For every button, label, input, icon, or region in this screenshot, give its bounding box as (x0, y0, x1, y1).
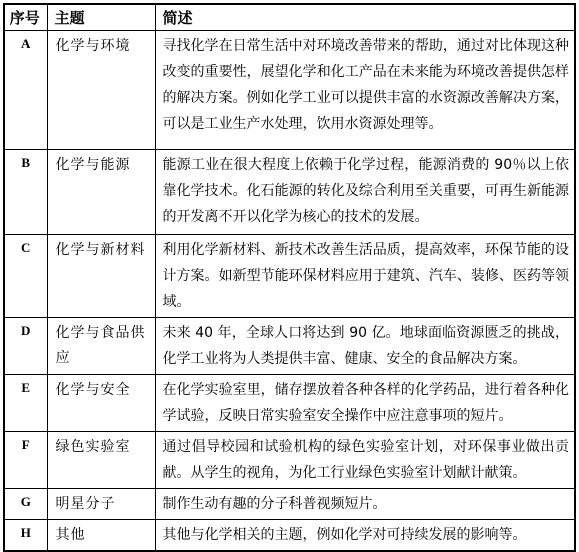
row-desc: 寻找化学在日常生活中对环境改善带来的帮助，通过对比体现这种改变的重要性，展望化学… (155, 31, 575, 150)
table-row: H 其他 其他与化学相关的主题，例如化学对可持续发展的影响等。 (4, 520, 575, 552)
row-theme: 化学与新材料 (47, 235, 155, 318)
table-row: B 化学与能源 能源工业在很大程度上依赖于化学过程，能源消费的 90％以上依靠化… (4, 150, 575, 235)
row-theme: 绿色实验室 (47, 432, 155, 489)
row-theme: 明星分子 (47, 489, 155, 520)
row-id: B (4, 150, 47, 235)
row-theme: 化学与环境 (47, 31, 155, 150)
row-id: C (4, 235, 47, 318)
table-row: F 绿色实验室 通过倡导校园和试验机构的绿色实验室计划，对环保事业做出贡献。从学… (4, 432, 575, 489)
row-desc: 未来 40 年，全球人口将达到 90 亿。地球面临资源匮乏的挑战，化学工业将为人… (155, 318, 575, 375)
row-id: F (4, 432, 47, 489)
row-id: D (4, 318, 47, 375)
column-header-desc: 简述 (155, 4, 575, 31)
row-theme: 化学与安全 (47, 375, 155, 432)
row-desc: 能源工业在很大程度上依赖于化学过程，能源消费的 90％以上依靠化学技术。化石能源… (155, 150, 575, 235)
row-id: A (4, 31, 47, 150)
row-id: H (4, 520, 47, 552)
row-id: G (4, 489, 47, 520)
row-desc: 其他与化学相关的主题，例如化学对可持续发展的影响等。 (155, 520, 575, 552)
row-desc: 利用化学新材料、新技术改善生活品质，提高效率，环保节能的设计方案。如新型节能环保… (155, 235, 575, 318)
table-row: G 明星分子 制作生动有趣的分子科普视频短片。 (4, 489, 575, 520)
table-row: A 化学与环境 寻找化学在日常生活中对环境改善带来的帮助，通过对比体现这种改变的… (4, 31, 575, 150)
column-header-theme: 主题 (47, 4, 155, 31)
row-desc: 通过倡导校园和试验机构的绿色实验室计划，对环保事业做出贡献。从学生的视角，为化工… (155, 432, 575, 489)
table-row: E 化学与安全 在化学实验室里，储存摆放着各种各样的化学药品，进行着各种化学试验… (4, 375, 575, 432)
table-header-row: 序号 主题 简述 (4, 4, 575, 31)
row-id: E (4, 375, 47, 432)
topics-table: 序号 主题 简述 A 化学与环境 寻找化学在日常生活中对环境改善带来的帮助，通过… (3, 3, 576, 552)
column-header-id: 序号 (4, 4, 47, 31)
table-row: C 化学与新材料 利用化学新材料、新技术改善生活品质，提高效率，环保节能的设计方… (4, 235, 575, 318)
row-theme: 其他 (47, 520, 155, 552)
row-desc: 在化学实验室里，储存摆放着各种各样的化学药品，进行着各种化学试验，反映日常实验室… (155, 375, 575, 432)
row-desc: 制作生动有趣的分子科普视频短片。 (155, 489, 575, 520)
row-theme: 化学与能源 (47, 150, 155, 235)
row-theme: 化学与食品供应 (47, 318, 155, 375)
document-page: 序号 主题 简述 A 化学与环境 寻找化学在日常生活中对环境改善带来的帮助，通过… (0, 0, 579, 483)
table-row: D 化学与食品供应 未来 40 年，全球人口将达到 90 亿。地球面临资源匮乏的… (4, 318, 575, 375)
